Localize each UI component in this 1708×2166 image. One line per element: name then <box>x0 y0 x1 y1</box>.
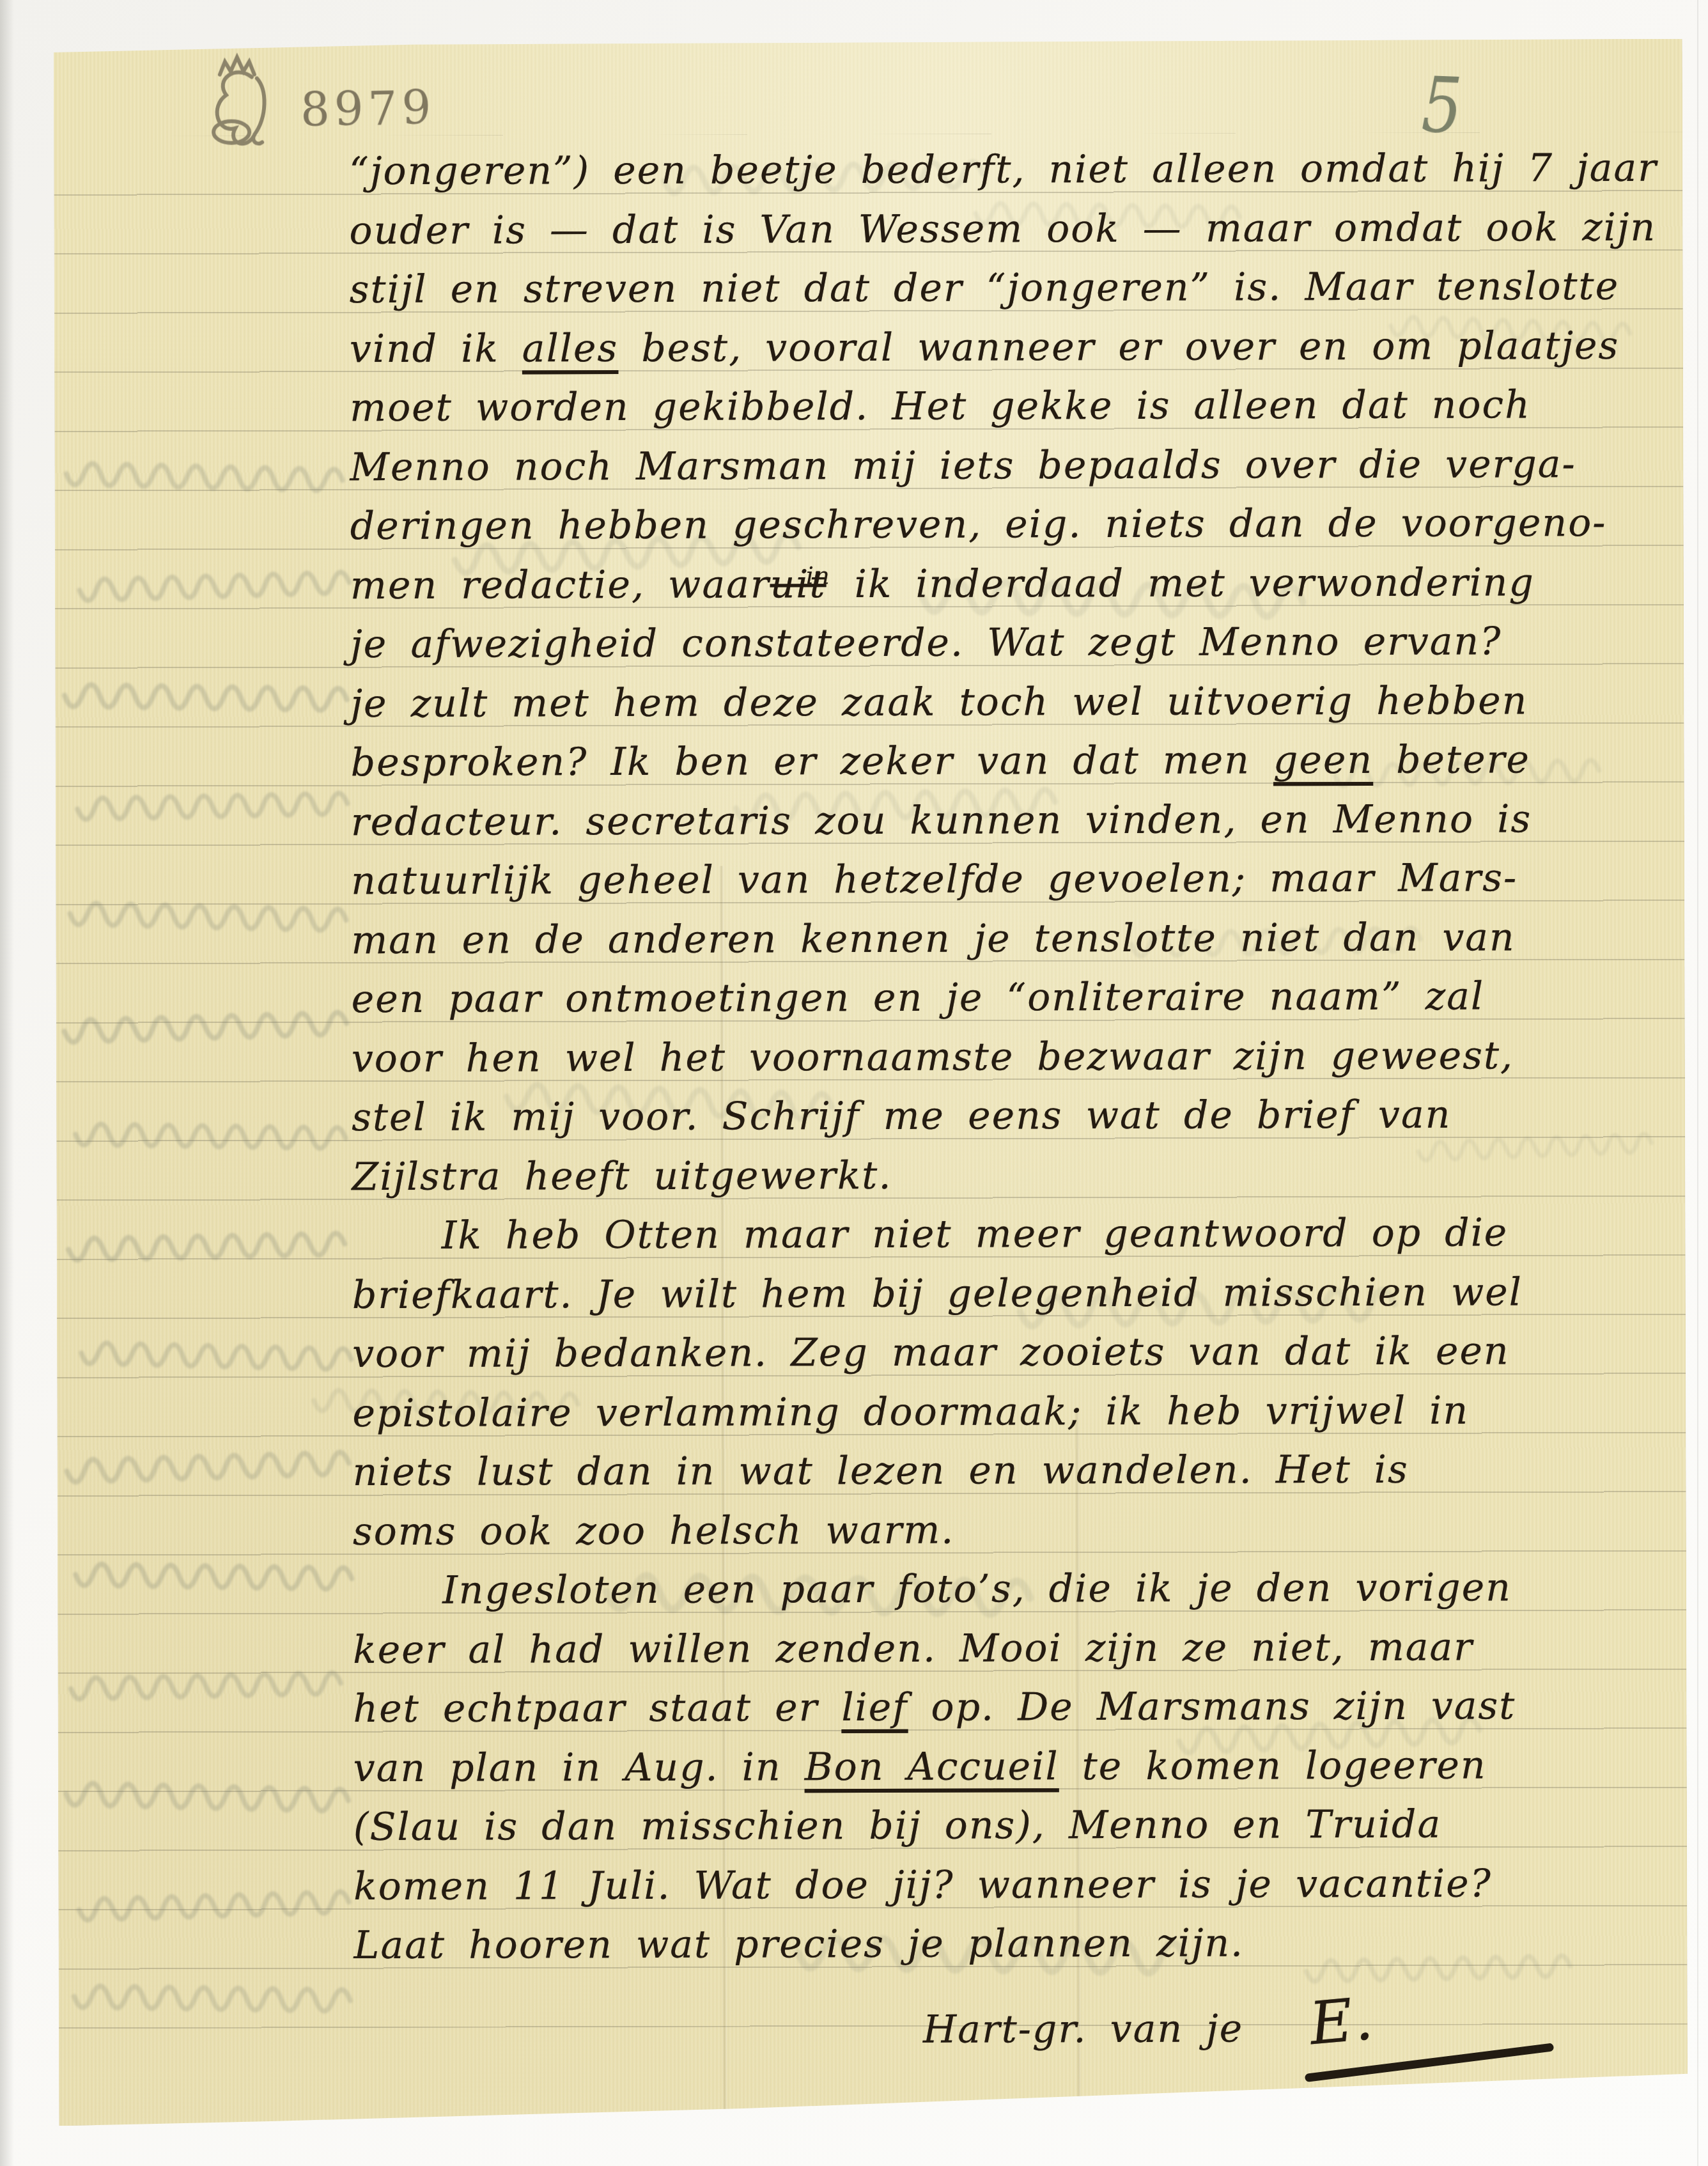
bleedthrough-writing <box>63 1658 345 1706</box>
letter-text: voor hen wel het voornaamste bezwaar zij… <box>352 1033 1514 1081</box>
letter-line: Ik heb Otten maar niet meer geantwoord o… <box>352 1203 1661 1266</box>
letter-line: ouder is — dat is Van Wessem ook — maar … <box>349 198 1658 260</box>
bleedthrough-writing <box>62 888 350 938</box>
letter-text: je afwezigheid constateerde. Wat zegt Me… <box>350 619 1502 667</box>
letter-text: Ingesloten een paar foto’s, die ik je de… <box>442 1565 1512 1612</box>
letter-line: een paar ontmoetingen en je “onliteraire… <box>352 967 1660 1029</box>
letter-line: natuurlijk geheel van hetzelfde gevoelen… <box>351 848 1659 911</box>
letter-text: “jongeren”) een beetje bederft, niet all… <box>349 146 1658 194</box>
letter-text: vind ik <box>350 326 522 371</box>
bleedthrough-writing <box>69 779 351 827</box>
letter-line: man en de anderen kennen je tenslotte ni… <box>351 907 1659 970</box>
letter-text: redacteur. secretaris zou kunnen vinden,… <box>351 797 1532 845</box>
letter-line: Ingesloten een paar foto’s, die ik je de… <box>353 1558 1661 1621</box>
bleedthrough-writing <box>68 1549 356 1596</box>
letter-text: Menno noch Marsman mij iets bepaalds ove… <box>350 442 1576 490</box>
letter-text: Ik heb Otten maar niet meer geantwoord o… <box>442 1210 1509 1258</box>
letter-line: van plan in Aug. in Bon Accueil te komen… <box>353 1735 1662 1798</box>
letter-line: (Slau is dan misschien bij ons), Menno e… <box>353 1795 1662 1857</box>
letter-line: vind ik alles best, vooral wanneer er ov… <box>350 316 1658 378</box>
letter-text: stel ik mij voor. Schrijf me eens wat de… <box>352 1093 1451 1141</box>
letter-text: (Slau is dan misschien bij ons), Menno e… <box>353 1802 1441 1850</box>
letter-text: te komen logeeren <box>1059 1743 1487 1789</box>
letter-line: keer al had willen zenden. Mooi zijn ze … <box>353 1617 1661 1679</box>
stamp-monogram-icon <box>196 52 291 155</box>
letter-line: “jongeren”) een beetje bederft, niet all… <box>349 139 1658 201</box>
letter-text: deringen hebben geschreven, eig. niets d… <box>350 501 1607 549</box>
bleedthrough-writing <box>68 1109 350 1156</box>
archive-stamp: 8979 <box>196 52 436 155</box>
scan-background: 8979 5 “jongeren”) een beetje bederft, n… <box>0 0 1708 2166</box>
signature-initial: E. <box>1307 1984 1378 2059</box>
letter-line: Laat hooren wat precies je plannen zijn. <box>353 1913 1662 1975</box>
letter-line: Zijlstra heeft uitgewerkt. <box>352 1144 1660 1206</box>
letter-line: je zult met hem deze zaak toch wel uitvo… <box>350 671 1659 733</box>
scan-edge-shadow <box>0 0 14 2166</box>
letter-text: ik inderdaad met verwondering <box>832 560 1535 607</box>
ink-mark <box>1427 2101 1439 2110</box>
bleedthrough-writing <box>73 1328 355 1377</box>
letter-page: 8979 5 “jongeren”) een beetje bederft, n… <box>54 39 1688 2126</box>
bleedthrough-layer <box>54 39 1682 43</box>
letter-text: Laat hooren wat precies je plannen zijn. <box>353 1921 1244 1968</box>
letter-line: Menno noch Marsman mij iets bepaalds ove… <box>350 434 1658 497</box>
letter-line: men redactie, waaruitin ik inderdaad met… <box>350 552 1659 615</box>
letter-text: epistolaire verlamming doormaak; ik heb … <box>352 1388 1469 1436</box>
bleedthrough-writing <box>71 557 353 608</box>
letter-text: in <box>806 561 830 589</box>
signature-closing: Hart-gr. van je <box>923 2006 1243 2052</box>
letter-text: briefkaart. Je wilt hem bij gelegenheid … <box>352 1270 1523 1318</box>
letter-text: soms ook zoo helsch warm. <box>353 1508 955 1554</box>
letter-line: niets lust dan in wat lezen en wandelen.… <box>352 1440 1661 1502</box>
letter-text: geen <box>1273 738 1373 783</box>
bleedthrough-writing <box>56 669 351 718</box>
letter-text: je zult met hem deze zaak toch wel uitvo… <box>350 678 1528 726</box>
letter-line: stel ik mij voor. Schrijf me eens wat de… <box>352 1085 1660 1148</box>
letter-text: besproken? Ik ben er zeker van dat men <box>351 738 1273 785</box>
scan-edge-line <box>1697 0 1698 2166</box>
letter-line: briefkaart. Je wilt hem bij gelegenheid … <box>352 1262 1661 1325</box>
letter-line: moet worden gekibbeld. Het gekke is alle… <box>350 375 1658 438</box>
stamp-number: 8979 <box>300 81 436 137</box>
letter-text: niets lust dan in wat lezen en wandelen.… <box>353 1447 1409 1495</box>
letter-text: voor mij bedanken. Zeg maar zooiets van … <box>352 1328 1510 1376</box>
letter-text: het echtpaar staat er <box>353 1685 841 1731</box>
letter-line: je afwezigheid constateerde. Wat zegt Me… <box>350 612 1659 674</box>
signature-line: Hart-gr. van jeE. <box>923 1987 1374 2057</box>
letter-body: “jongeren”) een beetje bederft, niet all… <box>349 139 1662 1975</box>
letter-text: stijl en streven niet dat der “jongeren”… <box>350 264 1620 312</box>
bleedthrough-writing <box>58 1768 352 1819</box>
bleedthrough-writing <box>58 1437 353 1490</box>
letter-text: komen 11 Juli. Wat doe jij? wanneer is j… <box>353 1861 1492 1909</box>
letter-line: het echtpaar staat er lief op. De Marsma… <box>353 1676 1661 1739</box>
letter-line: epistolaire verlamming doormaak; ik heb … <box>352 1380 1661 1443</box>
ink-mark <box>1472 2097 1482 2106</box>
bleedthrough-writing <box>70 1877 353 1928</box>
bleedthrough-writing <box>58 448 346 498</box>
pencil-mark: 5 <box>1420 59 1463 151</box>
letter-text: Bon Accueil <box>805 1744 1059 1789</box>
letter-text: man en de anderen kennen je tenslotte ni… <box>351 915 1515 963</box>
letter-line: besproken? Ik ben er zeker van dat men g… <box>351 730 1659 793</box>
letter-line: voor mij bedanken. Zeg maar zooiets van … <box>352 1321 1661 1384</box>
bleedthrough-writing <box>66 1971 354 2018</box>
letter-line: soms ook zoo helsch warm. <box>353 1499 1661 1561</box>
letter-line: redacteur. secretaris zou kunnen vinden,… <box>351 789 1659 852</box>
letter-text: natuurlijk geheel van hetzelfde gevoelen… <box>351 855 1518 903</box>
letter-text: ouder is — dat is Van Wessem ook — maar … <box>349 205 1656 253</box>
letter-text: moet worden gekibbeld. Het gekke is alle… <box>350 382 1531 430</box>
letter-line: komen 11 Juli. Wat doe jij? wanneer is j… <box>353 1853 1662 1916</box>
bleedthrough-writing <box>56 997 351 1050</box>
letter-text: men redactie, waar <box>350 562 770 608</box>
letter-text: betere <box>1373 737 1530 783</box>
letter-text: lief <box>841 1685 908 1730</box>
letter-text: best, vooral wanneer er over en om plaat… <box>618 323 1619 370</box>
letter-line: voor hen wel het voornaamste bezwaar zij… <box>352 1025 1660 1088</box>
letter-text: Zijlstra heeft uitgewerkt. <box>352 1153 892 1199</box>
letter-text: van plan in Aug. in <box>353 1745 805 1791</box>
letter-text: een paar ontmoetingen en je “onliteraire… <box>352 974 1485 1022</box>
letter-text: op. De Marsmans zijn vast <box>908 1683 1516 1729</box>
letter-line: stijl en streven niet dat der “jongeren”… <box>350 257 1658 320</box>
letter-text: alles <box>522 326 619 371</box>
letter-line: deringen hebben geschreven, eig. niets d… <box>350 494 1659 556</box>
letter-text: keer al had willen zenden. Mooi zijn ze … <box>353 1624 1473 1672</box>
bleedthrough-writing <box>60 1219 348 1268</box>
